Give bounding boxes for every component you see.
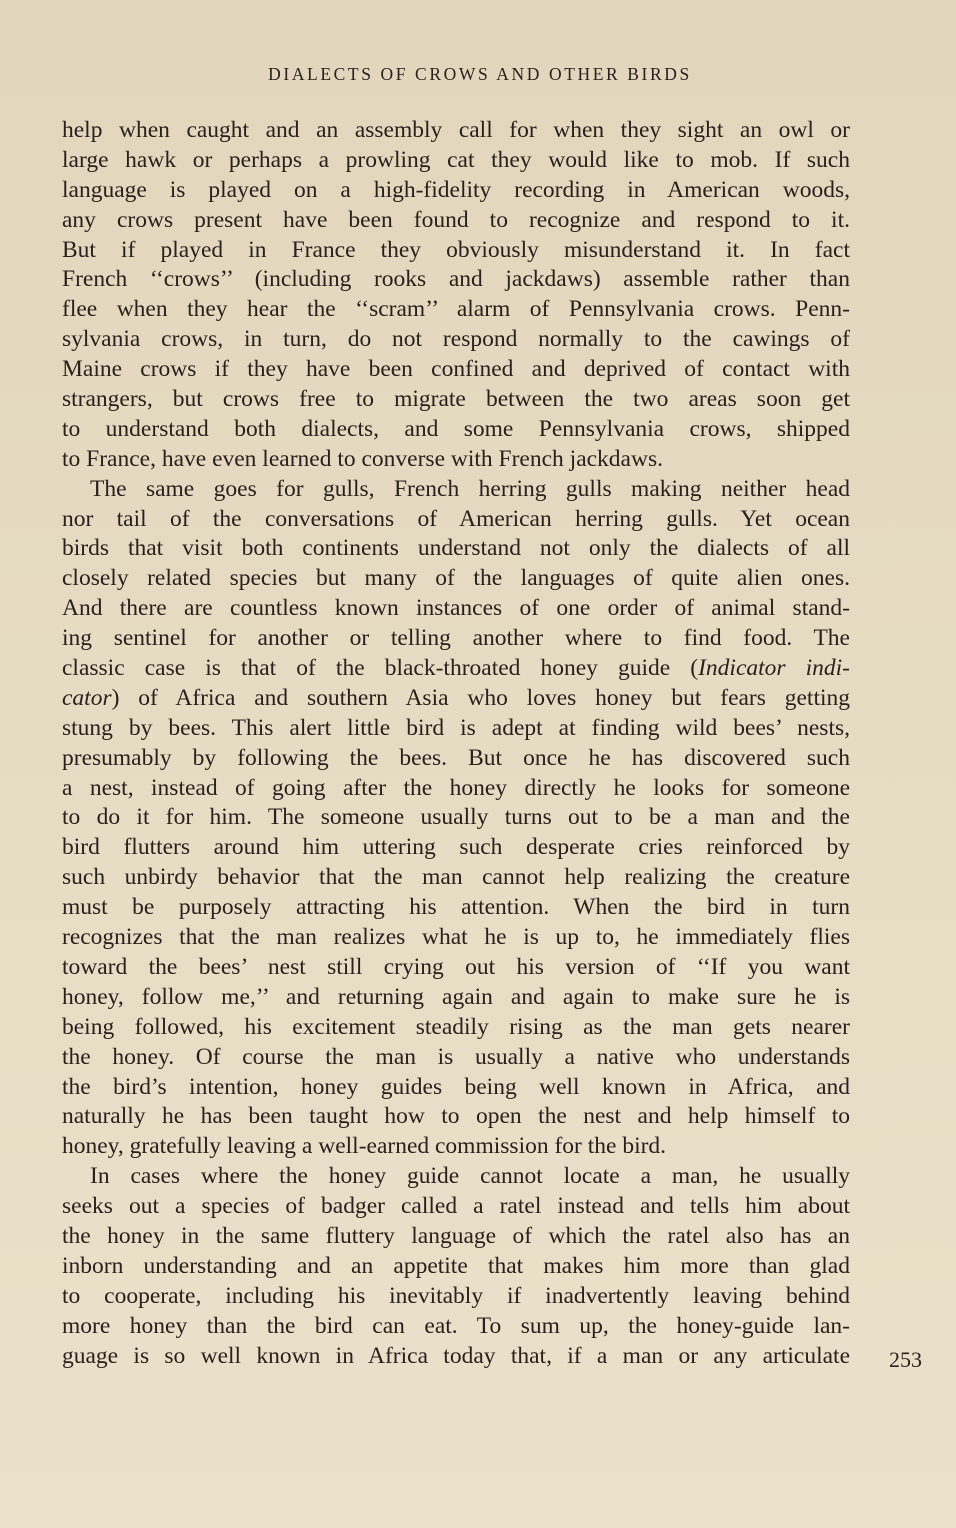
text-line-content: stung by bees. This alert little bird is… xyxy=(62,714,850,744)
text-line-content: the bird’s intention, honey guides being… xyxy=(62,1073,850,1103)
text-line: to cooperate, including his inevitably i… xyxy=(62,1282,850,1312)
text-line-content: recognizes that the man realizes what he… xyxy=(62,923,850,953)
text-run: being followed, his excitement steadily … xyxy=(62,1014,850,1040)
text-run: the honey in the same fluttery language … xyxy=(62,1223,850,1249)
text-run: guage is so well known in Africa today t… xyxy=(62,1343,850,1369)
text-line-content: flee when they hear the ‘‘scram’’ alarm … xyxy=(62,295,850,325)
text-run: to understand both dialects, and some Pe… xyxy=(62,416,850,442)
text-line: to understand both dialects, and some Pe… xyxy=(62,415,850,445)
text-run: flee when they hear the ‘‘scram’’ alarm … xyxy=(62,296,850,322)
text-line-content: honey, follow me,’’ and returning again … xyxy=(62,983,850,1013)
text-line: being followed, his excitement steadily … xyxy=(62,1013,850,1043)
italic-species-name: cator xyxy=(62,685,112,711)
text-line-content: ing sentinel for another or telling anot… xyxy=(62,624,850,654)
text-line-content: inborn understanding and an appetite tha… xyxy=(62,1252,850,1282)
text-run: closely related species but many of the … xyxy=(62,565,850,591)
text-run: recognizes that the man realizes what he… xyxy=(62,924,850,950)
text-run: to France, have even learned to converse… xyxy=(62,446,663,472)
text-line-content: the honey. Of course the man is usually … xyxy=(62,1043,850,1073)
text-line: strangers, but crows free to migrate bet… xyxy=(62,385,850,415)
text-line-content: But if played in France they obviously m… xyxy=(62,236,850,266)
text-run: stung by bees. This alert little bird is… xyxy=(62,715,850,741)
text-run: strangers, but crows free to migrate bet… xyxy=(62,386,850,412)
text-line-content: closely related species but many of the … xyxy=(62,564,850,594)
italic-species-name: Indicator indi- xyxy=(698,655,850,681)
text-line: The same goes for gulls, French herring … xyxy=(62,475,850,505)
text-run: The same goes for gulls, French herring … xyxy=(90,476,850,502)
text-line: the honey in the same fluttery language … xyxy=(62,1222,850,1252)
text-line-content: any crows present have been found to rec… xyxy=(62,206,850,236)
text-run: ing sentinel for another or telling anot… xyxy=(62,625,850,651)
text-line: flee when they hear the ‘‘scram’’ alarm … xyxy=(62,295,850,325)
text-line-content: In cases where the honey guide cannot lo… xyxy=(90,1162,850,1192)
text-run: presumably by following the bees. But on… xyxy=(62,745,850,771)
text-run: more honey than the bird can eat. To sum… xyxy=(62,1313,850,1339)
text-line: help when caught and an assembly call fo… xyxy=(62,116,850,146)
text-line: presumably by following the bees. But on… xyxy=(62,744,850,774)
text-line: closely related species but many of the … xyxy=(62,564,850,594)
text-run: honey, gratefully leaving a well-earned … xyxy=(62,1133,666,1159)
text-line-content: naturally he has been taught how to open… xyxy=(62,1102,850,1132)
text-line-content: large hawk or perhaps a prowling cat the… xyxy=(62,146,850,176)
text-line-content: French ‘‘crows’’ (including rooks and ja… xyxy=(62,265,850,295)
text-line-content: guage is so well known in Africa today t… xyxy=(62,1342,850,1372)
text-run: nor tail of the conversations of America… xyxy=(62,506,850,532)
text-line-content: to France, have even learned to converse… xyxy=(62,445,850,475)
text-line-content: nor tail of the conversations of America… xyxy=(62,505,850,535)
text-run: sylvania crows, in turn, do not respond … xyxy=(62,326,850,352)
text-line: toward the bees’ nest still crying out h… xyxy=(62,953,850,983)
text-line: the honey. Of course the man is usually … xyxy=(62,1043,850,1073)
text-line: honey, follow me,’’ and returning again … xyxy=(62,983,850,1013)
running-head: DIALECTS OF CROWS AND OTHER BIRDS xyxy=(0,64,956,85)
text-line-content: language is played on a high-fidelity re… xyxy=(62,176,850,206)
text-line-content: must be purposely attracting his attenti… xyxy=(62,893,850,923)
text-line: And there are countless known instances … xyxy=(62,594,850,624)
text-line: more honey than the bird can eat. To sum… xyxy=(62,1312,850,1342)
text-line-content: Maine crows if they have been confined a… xyxy=(62,355,850,385)
text-line-content: And there are countless known instances … xyxy=(62,594,850,624)
text-run: And there are countless known instances … xyxy=(62,595,850,621)
text-line-content: strangers, but crows free to migrate bet… xyxy=(62,385,850,415)
text-line-content: to cooperate, including his inevitably i… xyxy=(62,1282,850,1312)
text-line-content: cator) of Africa and southern Asia who l… xyxy=(62,684,850,714)
text-line: sylvania crows, in turn, do not respond … xyxy=(62,325,850,355)
text-line: cator) of Africa and southern Asia who l… xyxy=(62,684,850,714)
text-line-content: being followed, his excitement steadily … xyxy=(62,1013,850,1043)
text-line-content: presumably by following the bees. But on… xyxy=(62,744,850,774)
text-run: In cases where the honey guide cannot lo… xyxy=(90,1163,850,1189)
text-line: bird flutters around him uttering such d… xyxy=(62,833,850,863)
text-line: to do it for him. The someone usually tu… xyxy=(62,803,850,833)
text-line-content: The same goes for gulls, French herring … xyxy=(90,475,850,505)
body-text: help when caught and an assembly call fo… xyxy=(62,116,850,1371)
text-line: a nest, instead of going after the honey… xyxy=(62,774,850,804)
text-run: But if played in France they obviously m… xyxy=(62,237,850,263)
text-line: any crows present have been found to rec… xyxy=(62,206,850,236)
text-line: stung by bees. This alert little bird is… xyxy=(62,714,850,744)
text-run: language is played on a high-fidelity re… xyxy=(62,177,850,203)
text-line: must be purposely attracting his attenti… xyxy=(62,893,850,923)
text-line: the bird’s intention, honey guides being… xyxy=(62,1073,850,1103)
text-line: Maine crows if they have been confined a… xyxy=(62,355,850,385)
text-line: birds that visit both continents underst… xyxy=(62,534,850,564)
text-line: classic case is that of the black-throat… xyxy=(62,654,850,684)
text-line: honey, gratefully leaving a well-earned … xyxy=(62,1132,850,1162)
text-run: toward the bees’ nest still crying out h… xyxy=(62,954,850,980)
text-line-content: to understand both dialects, and some Pe… xyxy=(62,415,850,445)
text-line-content: bird flutters around him uttering such d… xyxy=(62,833,850,863)
text-run: large hawk or perhaps a prowling cat the… xyxy=(62,147,850,173)
text-line: French ‘‘crows’’ (including rooks and ja… xyxy=(62,265,850,295)
text-run: to cooperate, including his inevitably i… xyxy=(62,1283,850,1309)
text-run: the bird’s intention, honey guides being… xyxy=(62,1074,850,1100)
text-run: such unbirdy behavior that the man canno… xyxy=(62,864,850,890)
text-run: help when caught and an assembly call fo… xyxy=(62,117,850,143)
text-line-content: the honey in the same fluttery language … xyxy=(62,1222,850,1252)
text-line-content: to do it for him. The someone usually tu… xyxy=(62,803,850,833)
text-run: Maine crows if they have been confined a… xyxy=(62,356,850,382)
text-line-content: honey, gratefully leaving a well-earned … xyxy=(62,1132,850,1162)
text-run: classic case is that of the black-throat… xyxy=(62,655,698,681)
text-line: to France, have even learned to converse… xyxy=(62,445,850,475)
text-line: seeks out a species of badger called a r… xyxy=(62,1192,850,1222)
text-run: a nest, instead of going after the honey… xyxy=(62,775,850,801)
text-line: such unbirdy behavior that the man canno… xyxy=(62,863,850,893)
text-run: any crows present have been found to rec… xyxy=(62,207,850,233)
text-line: naturally he has been taught how to open… xyxy=(62,1102,850,1132)
text-line-content: help when caught and an assembly call fo… xyxy=(62,116,850,146)
text-line: large hawk or perhaps a prowling cat the… xyxy=(62,146,850,176)
text-run: naturally he has been taught how to open… xyxy=(62,1103,850,1129)
text-line: nor tail of the conversations of America… xyxy=(62,505,850,535)
text-line-content: toward the bees’ nest still crying out h… xyxy=(62,953,850,983)
text-run: honey, follow me,’’ and returning again … xyxy=(62,984,850,1010)
book-page: DIALECTS OF CROWS AND OTHER BIRDS help w… xyxy=(0,0,956,1528)
text-line-content: more honey than the bird can eat. To sum… xyxy=(62,1312,850,1342)
text-line: recognizes that the man realizes what he… xyxy=(62,923,850,953)
text-run: to do it for him. The someone usually tu… xyxy=(62,804,850,830)
text-run: inborn understanding and an appetite tha… xyxy=(62,1253,850,1279)
text-line-content: classic case is that of the black-throat… xyxy=(62,654,850,684)
text-run: birds that visit both continents underst… xyxy=(62,535,850,561)
text-run: seeks out a species of badger called a r… xyxy=(62,1193,850,1219)
text-line: inborn understanding and an appetite tha… xyxy=(62,1252,850,1282)
text-line-content: birds that visit both continents underst… xyxy=(62,534,850,564)
text-line-content: such unbirdy behavior that the man canno… xyxy=(62,863,850,893)
text-line-content: sylvania crows, in turn, do not respond … xyxy=(62,325,850,355)
text-run: the honey. Of course the man is usually … xyxy=(62,1044,850,1070)
text-line: But if played in France they obviously m… xyxy=(62,236,850,266)
text-line-content: seeks out a species of badger called a r… xyxy=(62,1192,850,1222)
text-line: guage is so well known in Africa today t… xyxy=(62,1342,850,1372)
text-run: must be purposely attracting his attenti… xyxy=(62,894,850,920)
text-run: French ‘‘crows’’ (including rooks and ja… xyxy=(62,266,850,292)
text-line: ing sentinel for another or telling anot… xyxy=(62,624,850,654)
text-line-content: a nest, instead of going after the honey… xyxy=(62,774,850,804)
text-run: ) of Africa and southern Asia who loves … xyxy=(112,685,850,711)
text-line: language is played on a high-fidelity re… xyxy=(62,176,850,206)
text-line: In cases where the honey guide cannot lo… xyxy=(62,1162,850,1192)
page-number: 253 xyxy=(889,1347,922,1373)
text-run: bird flutters around him uttering such d… xyxy=(62,834,850,860)
